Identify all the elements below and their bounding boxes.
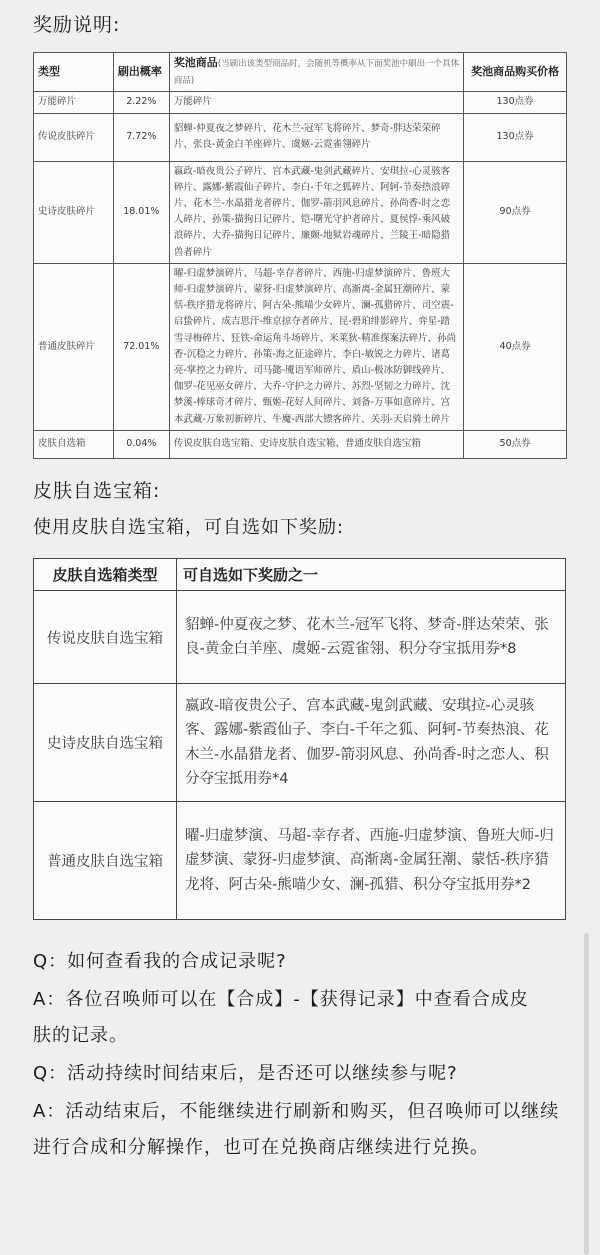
table-row: 传说皮肤碎片 7.72% 貂蝉-仲夏夜之梦碎片、花木兰-冠军飞将碎片、梦奇-胖达…: [34, 113, 567, 161]
cell-rate: 72.01%: [113, 263, 169, 430]
cell-price: 50点券: [464, 430, 567, 458]
skin-box-section-title: 皮肤自选宝箱:: [33, 476, 160, 503]
cell-pool: 万能碎片: [169, 92, 463, 113]
cell-price: 90点券: [464, 161, 567, 263]
scrollbar[interactable]: [584, 933, 589, 1255]
cell-pool: 嬴政-暗夜贵公子碎片、宫本武藏-鬼剑武藏碎片、安琪拉-心灵骇客碎片、露娜-紫霞仙…: [169, 161, 463, 263]
cell-box-type: 史诗皮肤自选宝箱: [34, 684, 177, 802]
table-row: 万能碎片 2.22% 万能碎片 130点券: [34, 92, 567, 113]
table-row: 普通皮肤碎片 72.01% 曜-归虚梦演碎片、马超-幸存者碎片、西施-归虚梦演碎…: [34, 263, 567, 430]
header-pool: 奖池商品(当刷出该类型商品时，会随机等概率从下面奖池中刷出一个具体商品): [169, 53, 463, 92]
cell-box-rewards: 貂蝉-仲夏夜之梦、花木兰-冠军飞将、梦奇-胖达荣荣、张良-黄金白羊座、虞姬-云霓…: [177, 591, 566, 684]
cell-pool: 传说皮肤自选宝箱、史诗皮肤自选宝箱、普通皮肤自选宝箱: [169, 430, 463, 458]
cell-pool: 貂蝉-仲夏夜之梦碎片、花木兰-冠军飞将碎片、梦奇-胖达荣荣碎片、张良-黄金白羊座…: [169, 113, 463, 161]
cell-price: 130点券: [464, 92, 567, 113]
header-box-type: 皮肤自选箱类型: [34, 559, 177, 591]
cell-rate: 7.72%: [113, 113, 169, 161]
cell-price: 40点券: [464, 263, 567, 430]
reward-section-title: 奖励说明:: [33, 10, 120, 37]
article-page: 奖励说明: 类型 刷出概率 奖池商品(当刷出该类型商品时，会随机等概率从下面奖池…: [0, 0, 600, 1255]
cell-type: 普通皮肤碎片: [34, 263, 114, 430]
faq-answer-1: A：各位召唤师可以在【合成】-【获得记录】中查看合成皮肤的记录。: [33, 982, 543, 1054]
reward-table: 类型 刷出概率 奖池商品(当刷出该类型商品时，会随机等概率从下面奖池中刷出一个具…: [33, 52, 567, 459]
reward-table-header: 类型 刷出概率 奖池商品(当刷出该类型商品时，会随机等概率从下面奖池中刷出一个具…: [34, 53, 567, 92]
faq-question-2: Q：活动持续时间结束后，是否还可以继续参与呢?: [33, 1056, 563, 1092]
cell-pool: 曜-归虚梦演碎片、马超-幸存者碎片、西施-归虚梦演碎片、鲁班大师-归虚梦演碎片、…: [169, 263, 463, 430]
table-row: 普通皮肤自选宝箱 曜-归虚梦演、马超-幸存者、西施-归虚梦演、鲁班大师-归虚梦演…: [34, 802, 566, 920]
header-box-rewards: 可自选如下奖励之一: [177, 559, 566, 591]
cell-type: 史诗皮肤碎片: [34, 161, 114, 263]
header-price: 奖池商品购买价格: [464, 53, 567, 92]
cell-box-rewards: 嬴政-暗夜贵公子、宫本武藏-鬼剑武藏、安琪拉-心灵骇客、露娜-紫霞仙子、李白-千…: [177, 684, 566, 802]
cell-type: 皮肤自选箱: [34, 430, 114, 458]
header-type: 类型: [34, 53, 114, 92]
skin-box-table: 皮肤自选箱类型 可自选如下奖励之一 传说皮肤自选宝箱 貂蝉-仲夏夜之梦、花木兰-…: [33, 558, 566, 920]
faq-answer-2: A：活动结束后，不能继续进行刷新和购买，但召唤师可以继续进行合成和分解操作，也可…: [33, 1094, 573, 1166]
table-row: 史诗皮肤碎片 18.01% 嬴政-暗夜贵公子碎片、宫本武藏-鬼剑武藏碎片、安琪拉…: [34, 161, 567, 263]
cell-rate: 2.22%: [113, 92, 169, 113]
faq-question-1: Q：如何查看我的合成记录呢?: [33, 944, 563, 980]
cell-rate: 18.01%: [113, 161, 169, 263]
cell-rate: 0.04%: [113, 430, 169, 458]
table-row: 传说皮肤自选宝箱 貂蝉-仲夏夜之梦、花木兰-冠军飞将、梦奇-胖达荣荣、张良-黄金…: [34, 591, 566, 684]
header-rate: 刷出概率: [113, 53, 169, 92]
cell-price: 130点券: [464, 113, 567, 161]
table-row: 史诗皮肤自选宝箱 嬴政-暗夜贵公子、宫本武藏-鬼剑武藏、安琪拉-心灵骇客、露娜-…: [34, 684, 566, 802]
cell-box-type: 传说皮肤自选宝箱: [34, 591, 177, 684]
table-row: 皮肤自选箱 0.04% 传说皮肤自选宝箱、史诗皮肤自选宝箱、普通皮肤自选宝箱 5…: [34, 430, 567, 458]
skin-box-table-header: 皮肤自选箱类型 可自选如下奖励之一: [34, 559, 566, 591]
cell-box-type: 普通皮肤自选宝箱: [34, 802, 177, 920]
cell-type: 传说皮肤碎片: [34, 113, 114, 161]
cell-type: 万能碎片: [34, 92, 114, 113]
skin-box-intro: 使用皮肤自选宝箱，可自选如下奖励:: [33, 510, 344, 546]
header-pool-label: 奖池商品: [174, 56, 218, 69]
cell-box-rewards: 曜-归虚梦演、马超-幸存者、西施-归虚梦演、鲁班大师-归虚梦演、蒙犽-归虚梦演、…: [177, 802, 566, 920]
